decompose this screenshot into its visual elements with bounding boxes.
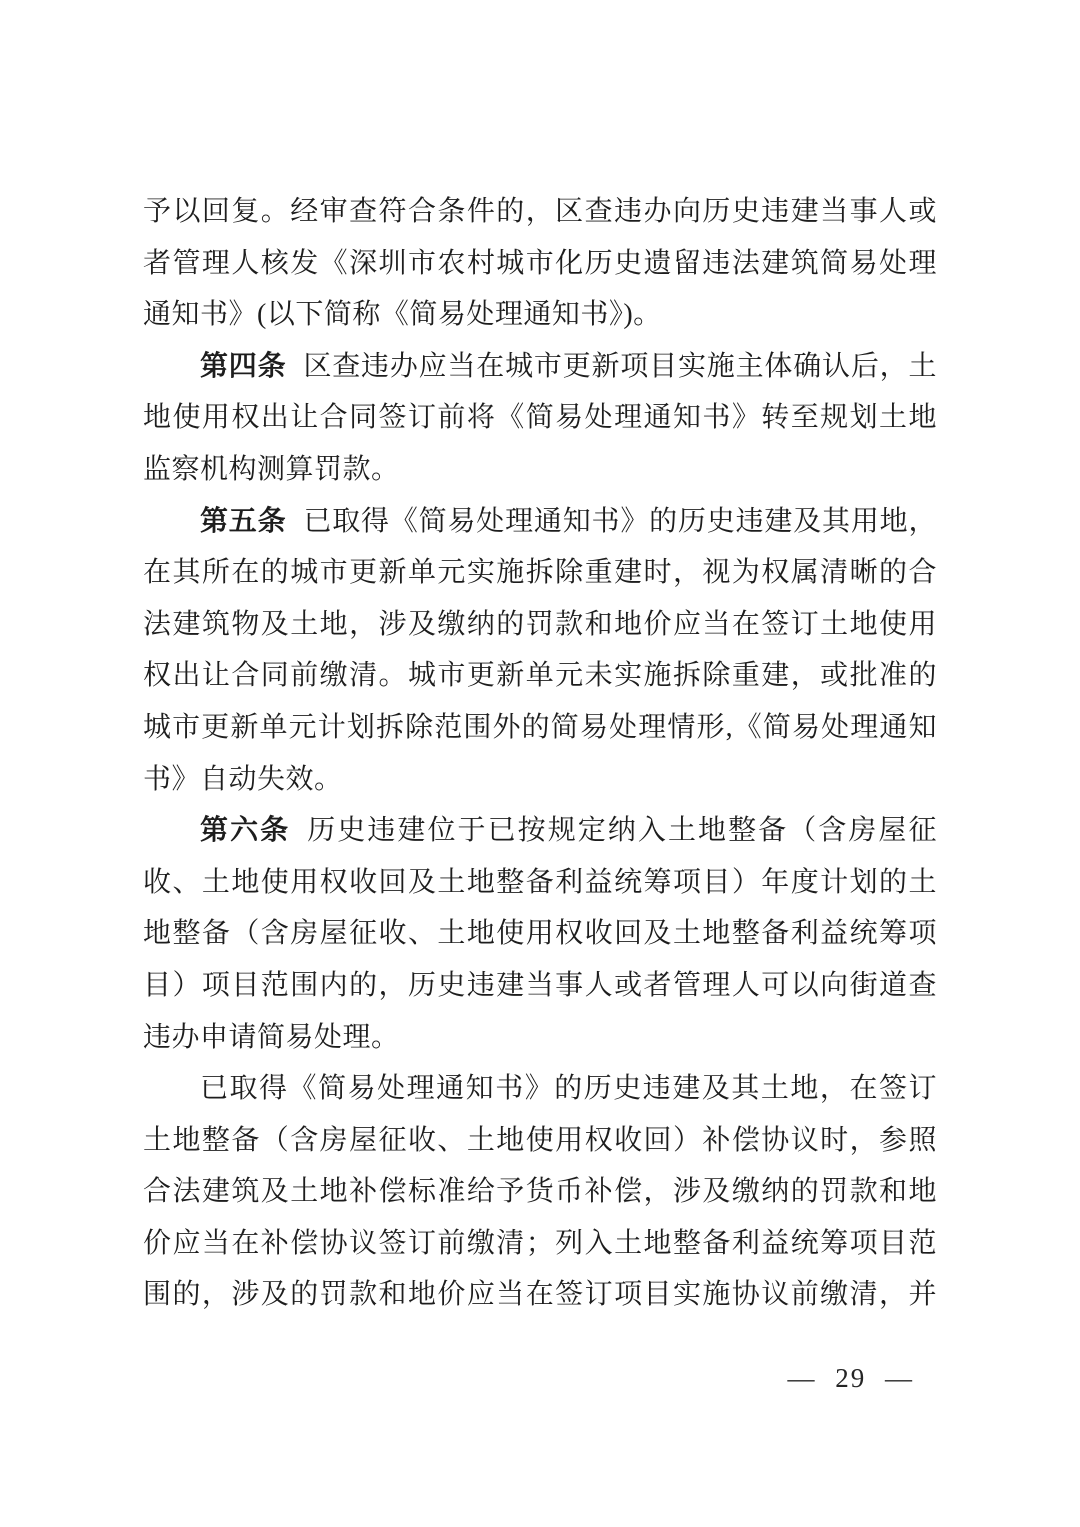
document-body: 予以回复。经审查符合条件的，区查违办向历史违建当事人或者管理人核发《深圳市农村城… xyxy=(143,186,937,1321)
article-line: 第四条区查违办应当在城市更新项目实施主体确认后，土 xyxy=(143,341,937,393)
text-line: 土地整备（含房屋征收、土地使用权收回）补偿协议时，参照 xyxy=(143,1115,937,1167)
line-text: 历史违建位于已按规定纳入土地整备（含房屋征 xyxy=(307,815,937,846)
line-text: 合法建筑及土地补偿标准给予货币补偿，涉及缴纳的罚款和地 xyxy=(143,1176,937,1207)
page-number: — 29 — xyxy=(788,1356,915,1400)
article-line: 第五条已取得《简易处理通知书》的历史违建及其用地， xyxy=(143,496,937,548)
line-text: 权出让合同前缴清。城市更新单元未实施拆除重建，或批准的 xyxy=(143,660,937,691)
line-text: 通知书》(以下简称《简易处理通知书》)。 xyxy=(143,299,662,330)
text-line: 地使用权出让合同签订前将《简易处理通知书》转至规划土地 xyxy=(143,392,937,444)
text-line: 城市更新单元计划拆除范围外的简易处理情形,《简易处理通知 xyxy=(143,702,937,754)
text-line: 违办申请简易处理。 xyxy=(143,1012,937,1064)
text-line: 监察机构测算罚款。 xyxy=(143,444,937,496)
line-text: 法建筑物及土地，涉及缴纳的罚款和地价应当在签订土地使用 xyxy=(143,609,937,640)
document-page: 予以回复。经审查符合条件的，区查违办向历史违建当事人或者管理人核发《深圳市农村城… xyxy=(0,0,1080,1527)
line-text: 书》自动失效。 xyxy=(143,764,343,795)
line-text: 予以回复。经审查符合条件的，区查违办向历史违建当事人或 xyxy=(143,196,937,227)
text-line: 已取得《简易处理通知书》的历史违建及其土地，在签订 xyxy=(143,1063,937,1115)
line-text: 目）项目范围内的，历史违建当事人或者管理人可以向街道查 xyxy=(143,970,937,1001)
text-line: 权出让合同前缴清。城市更新单元未实施拆除重建，或批准的 xyxy=(143,650,937,702)
text-line: 通知书》(以下简称《简易处理通知书》)。 xyxy=(143,289,937,341)
text-line: 书》自动失效。 xyxy=(143,754,937,806)
line-text: 违办申请简易处理。 xyxy=(143,1022,400,1053)
text-line: 围的，涉及的罚款和地价应当在签订项目实施协议前缴清，并 xyxy=(143,1269,937,1321)
article-number: 第六条 xyxy=(200,815,290,846)
text-line: 法建筑物及土地，涉及缴纳的罚款和地价应当在签订土地使用 xyxy=(143,599,937,651)
line-text: 已取得《简易处理通知书》的历史违建及其土地，在签订 xyxy=(200,1073,937,1104)
line-text: 城市更新单元计划拆除范围外的简易处理情形,《简易处理通知 xyxy=(143,712,937,743)
article-number: 第五条 xyxy=(200,506,286,537)
line-text: 者管理人核发《深圳市农村城市化历史遗留违法建筑简易处理 xyxy=(143,248,937,279)
text-line: 目）项目范围内的，历史违建当事人或者管理人可以向街道查 xyxy=(143,960,937,1012)
line-text: 地整备（含房屋征收、土地使用权收回及土地整备利益统筹项 xyxy=(143,918,937,949)
line-text: 监察机构测算罚款。 xyxy=(143,454,400,485)
text-line: 予以回复。经审查符合条件的，区查违办向历史违建当事人或 xyxy=(143,186,937,238)
text-line: 价应当在补偿协议签订前缴清；列入土地整备利益统筹项目范 xyxy=(143,1218,937,1270)
line-text: 已取得《简易处理通知书》的历史违建及其用地， xyxy=(303,506,937,537)
text-line: 者管理人核发《深圳市农村城市化历史遗留违法建筑简易处理 xyxy=(143,238,937,290)
line-text: 地使用权出让合同签订前将《简易处理通知书》转至规划土地 xyxy=(143,402,937,433)
line-text: 区查违办应当在城市更新项目实施主体确认后，土 xyxy=(303,351,937,382)
line-text: 围的，涉及的罚款和地价应当在签订项目实施协议前缴清，并 xyxy=(143,1279,937,1310)
text-line: 合法建筑及土地补偿标准给予货币补偿，涉及缴纳的罚款和地 xyxy=(143,1166,937,1218)
article-line: 第六条历史违建位于已按规定纳入土地整备（含房屋征 xyxy=(143,805,937,857)
text-line: 在其所在的城市更新单元实施拆除重建时，视为权属清晰的合 xyxy=(143,547,937,599)
line-text: 收、土地使用权收回及土地整备利益统筹项目）年度计划的土 xyxy=(143,867,937,898)
line-text: 土地整备（含房屋征收、土地使用权收回）补偿协议时，参照 xyxy=(143,1125,937,1156)
text-line: 收、土地使用权收回及土地整备利益统筹项目）年度计划的土 xyxy=(143,857,937,909)
page-footer: — 29 — xyxy=(0,1356,1080,1400)
line-text: 在其所在的城市更新单元实施拆除重建时，视为权属清晰的合 xyxy=(143,557,937,588)
article-number: 第四条 xyxy=(200,351,286,382)
text-line: 地整备（含房屋征收、土地使用权收回及土地整备利益统筹项 xyxy=(143,908,937,960)
line-text: 价应当在补偿协议签订前缴清；列入土地整备利益统筹项目范 xyxy=(143,1228,937,1259)
